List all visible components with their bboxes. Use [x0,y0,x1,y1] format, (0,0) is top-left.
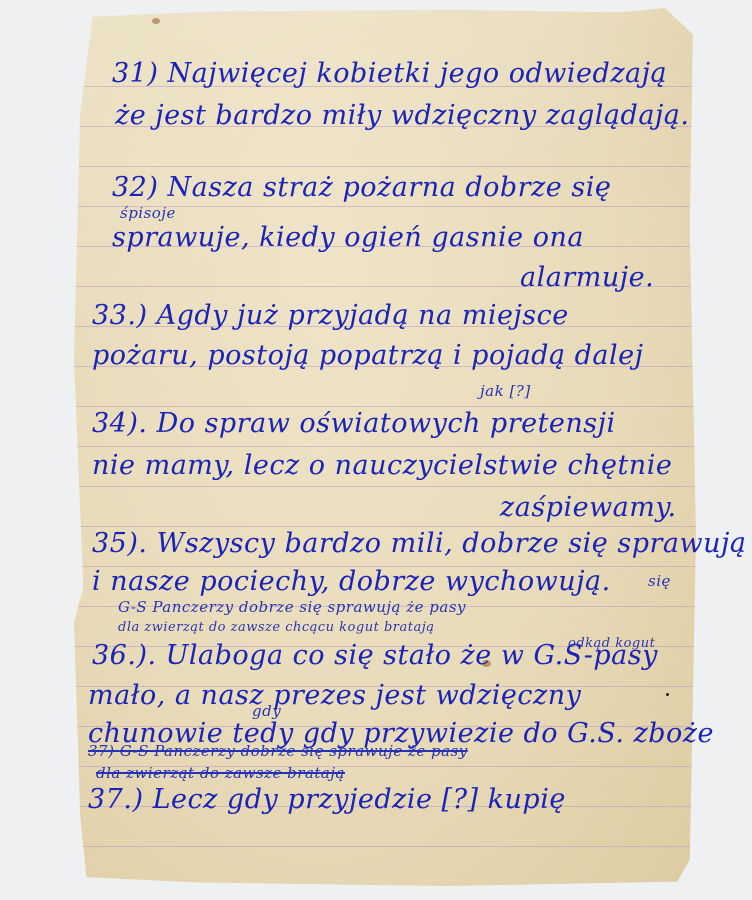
verse-text: Agdy już przyjadą na miejsce [157,300,569,331]
interlinear-note-line-1: G-S Panczerzy dobrze się sprawują że pas… [118,598,466,616]
verse-32-line-3: alarmuje. [520,262,654,293]
verse-text: Wszyscy bardzo mili, dobrze się sprawują [157,528,747,559]
verse-37-line-1: 37.) Lecz gdy przyjedzie [?] kupię [88,784,566,815]
verse-32-correction: śpisoje [120,204,176,222]
verse-31-line-2: że jest bardzo miły wdzięczny zaglądają. [115,100,689,131]
ruled-line [74,166,696,167]
verse-34-line-3: zaśpiewamy. [500,492,677,523]
verse-text: Do spraw oświatowych pretensji [157,408,616,439]
ruled-line [74,406,696,407]
verse-number: 32) [112,172,158,203]
verse-32-line-2: sprawuje, kiedy ogień gasnie ona [112,222,584,253]
verse-text: G-S Panczerzy dobrze się sprawuje że pas… [120,742,468,760]
verse-number: 36.). [92,640,157,671]
verse-number: 33.) [92,300,147,331]
verse-31-line-1: 31) Najwięcej kobietki jego odwiedzają [112,58,667,89]
verse-text: i nasze pociechy, dobrze wychowują. [92,566,611,597]
verse-37-struck-line-2: dla zwierząt do zawsze bratają [96,764,345,782]
verse-text: alarmuje. [520,262,654,293]
verse-text: Nasza straż pożarna dobrze się [167,172,611,203]
verse-text: Lecz gdy przyjedzie [?] kupię [153,784,566,815]
verse-35-margin-note: się [648,572,671,590]
verse-number: 37.) [88,784,143,815]
ruled-line [74,526,696,527]
ruled-line [74,846,696,847]
verse-33-line-1: 33.) Agdy już przyjadą na miejsce [92,300,569,331]
verse-37-struck-line-1: 37) G-S Panczerzy dobrze się sprawuje że… [88,742,468,760]
verse-text: pożaru, postoją popatrzą i pojadą dalej [92,340,644,371]
verse-text: sprawuje, kiedy ogień gasnie ona [112,222,584,253]
ink-stain [152,18,160,24]
verse-32-line-1: 32) Nasza straż pożarna dobrze się [112,172,611,203]
verse-number: 34). [92,408,147,439]
ruled-line [74,486,696,487]
verse-35-line-1: 35). Wszyscy bardzo mili, dobrze się spr… [92,528,746,559]
verse-33-margin-note: jak [?] [480,382,531,400]
verse-33-line-2: pożaru, postoją popatrzą i pojadą dalej [92,340,644,371]
verse-text: nie mamy, lecz o nauczycielstwie chętnie [92,450,672,481]
verse-text: że jest bardzo miły wdzięczny zaglądają. [115,100,689,131]
verse-36-margin-note: odkąd kogut [568,636,655,651]
verse-34-line-2: nie mamy, lecz o nauczycielstwie chętnie [92,450,672,481]
verse-35-line-2: i nasze pociechy, dobrze wychowują. [92,566,611,597]
verse-number: 35). [92,528,147,559]
verse-number: 31) [112,58,158,89]
verse-number: 37) [88,742,114,760]
ruled-line [74,446,696,447]
verse-text: Najwięcej kobietki jego odwiedzają [167,58,667,89]
verse-text: mało, a nasz prezes jest wdzięczny [88,680,581,711]
verse-text: zaśpiewamy. [500,492,677,523]
interlinear-note-line-2: dla zwierząt do zawsze chcącu kogut brat… [118,620,434,635]
ink-dot [666,693,669,696]
verse-34-line-1: 34). Do spraw oświatowych pretensji [92,408,616,439]
verse-36-line-2: mało, a nasz prezes jest wdzięczny [88,680,581,711]
